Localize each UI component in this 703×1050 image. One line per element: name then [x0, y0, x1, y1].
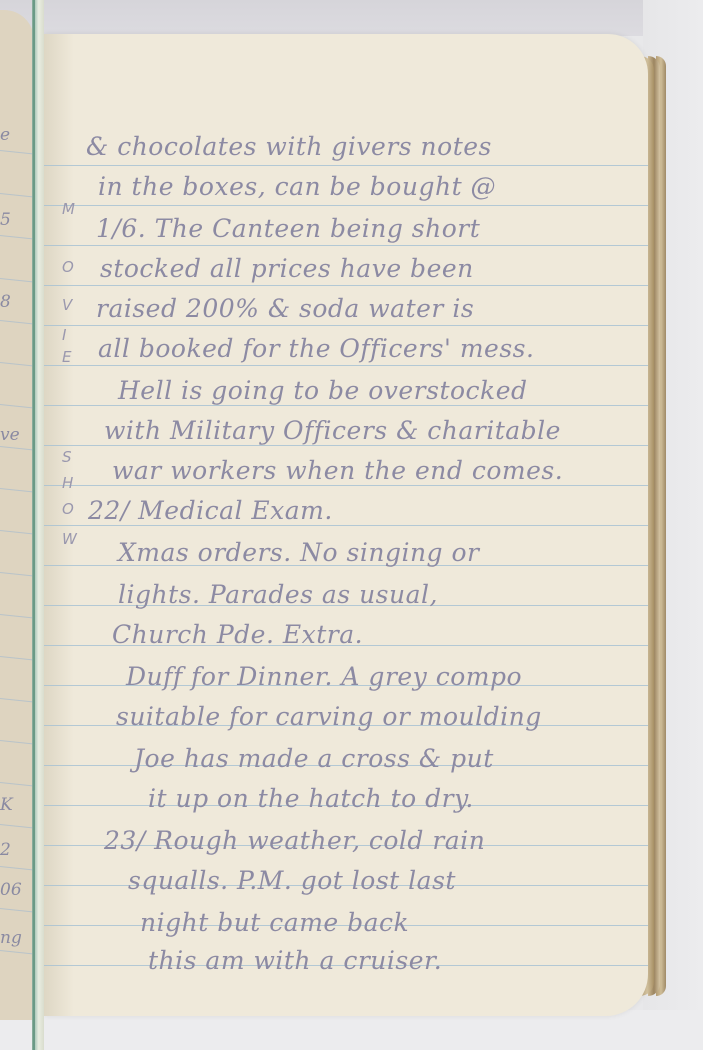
diary-line: 1/6. The Canteen being short	[96, 214, 480, 243]
margin-note-letter: H	[62, 474, 73, 492]
left-rule-line	[0, 656, 34, 661]
margin-note-letter: O	[62, 500, 74, 518]
margin-note-letter: M	[62, 200, 75, 218]
margin-note-letter: O	[62, 258, 74, 276]
margin-note-letter: I	[62, 326, 66, 344]
diary-line: war workers when the end comes.	[112, 456, 563, 485]
diary-line: Church Pde. Extra.	[112, 620, 363, 649]
diary-line: 22/ Medical Exam.	[88, 496, 333, 525]
backdrop-bottom	[0, 1010, 703, 1050]
left-rule-line	[0, 740, 34, 745]
left-rule-line	[0, 362, 34, 367]
left-rule-line	[0, 572, 34, 577]
left-facing-page: e 5 8 ve K 2 06 ng	[0, 10, 34, 1020]
diary-line: & chocolates with givers notes	[86, 132, 492, 161]
rule-line	[44, 245, 648, 246]
left-page-fragment: 8	[0, 292, 11, 312]
left-rule-line	[0, 150, 34, 155]
diary-line: raised 200% & soda water is	[96, 294, 474, 323]
left-rule-line	[0, 404, 34, 409]
diary-line: with Military Officers & charitable	[104, 416, 561, 445]
diary-line: Hell is going to be overstocked	[118, 376, 528, 405]
left-rule-line	[0, 320, 34, 325]
rule-line	[44, 445, 648, 446]
diary-line: suitable for carving or moulding	[116, 702, 542, 731]
margin-note-letter: W	[62, 530, 77, 548]
rule-line	[44, 165, 648, 166]
diary-line: Duff for Dinner. A grey compo	[126, 662, 522, 691]
diary-line: this am with a cruiser.	[148, 946, 442, 975]
diary-line: Xmas orders. No singing or	[118, 538, 480, 567]
left-rule-line	[0, 782, 34, 787]
left-rule-line	[0, 698, 34, 703]
left-page-fragment: 06	[0, 880, 22, 900]
left-rule-line	[0, 824, 34, 829]
diary-line: in the boxes, can be bought @	[98, 172, 496, 201]
left-rule-line	[0, 866, 34, 871]
rule-line	[44, 525, 648, 526]
left-rule-line	[0, 488, 34, 493]
rule-line	[44, 285, 648, 286]
left-page-fragment: 2	[0, 840, 11, 860]
diary-line: 23/ Rough weather, cold rain	[104, 826, 485, 855]
left-page-fragment: K	[0, 795, 13, 815]
diary-line: squalls. P.M. got lost last	[128, 866, 456, 895]
left-rule-line	[0, 908, 34, 913]
margin-note-letter: S	[62, 448, 72, 466]
left-page-fragment: ve	[0, 425, 20, 445]
margin-note-letter: E	[62, 348, 71, 366]
diary-line: it up on the hatch to dry.	[148, 784, 474, 813]
diary-line: Joe has made a cross & put	[134, 744, 494, 773]
backdrop-top	[0, 0, 703, 36]
left-page-fragment: ng	[0, 928, 22, 948]
left-rule-line	[0, 950, 34, 955]
rule-line	[44, 205, 648, 206]
rule-line	[44, 405, 648, 406]
rule-line	[44, 485, 648, 486]
diary-line: stocked all prices have been	[100, 254, 474, 283]
left-rule-line	[0, 530, 34, 535]
rule-line	[44, 325, 648, 326]
left-rule-line	[0, 235, 34, 240]
margin-note-letter: V	[62, 296, 72, 314]
left-rule-line	[0, 614, 34, 619]
left-page-fragment: e	[0, 125, 10, 145]
rule-line	[44, 365, 648, 366]
left-page-fragment: 5	[0, 210, 11, 230]
left-rule-line	[0, 278, 34, 283]
diary-line: lights. Parades as usual,	[118, 580, 438, 609]
left-rule-line	[0, 446, 34, 451]
gutter-edge-line	[33, 0, 35, 1050]
diary-line: night but came back	[140, 908, 409, 937]
left-rule-line	[0, 193, 34, 198]
diary-line: all booked for the Officers' mess.	[98, 334, 534, 363]
